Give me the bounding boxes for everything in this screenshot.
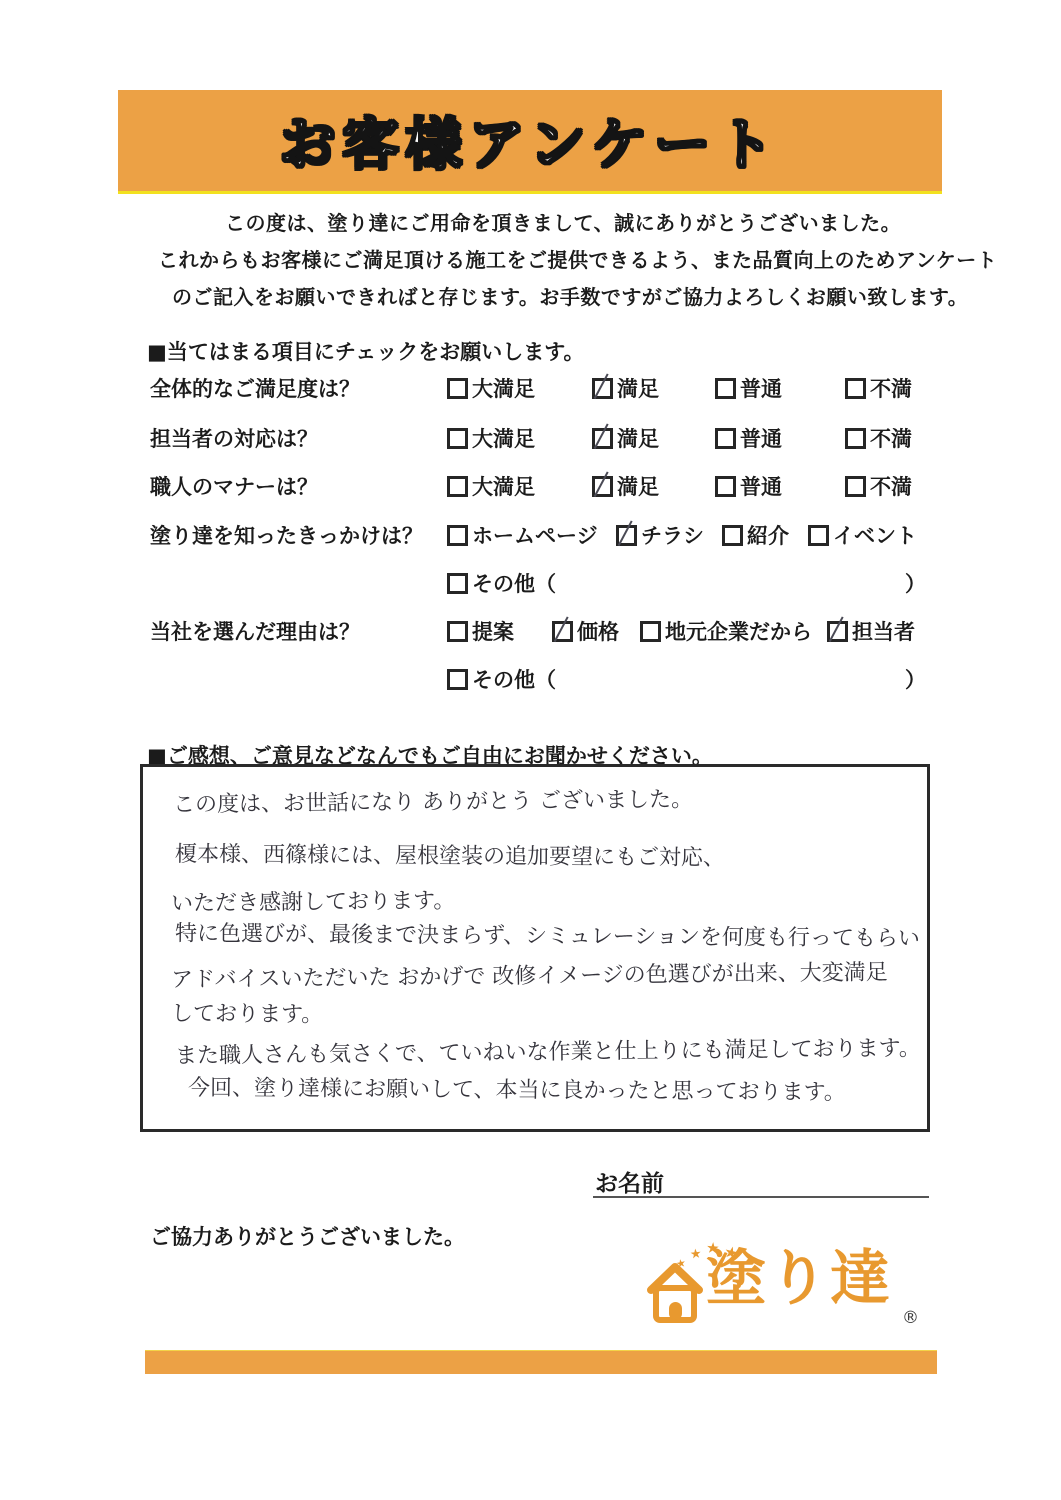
option-label: ホームページ	[472, 520, 598, 550]
option-label: 大満足	[472, 471, 535, 501]
checkbox[interactable]	[715, 378, 736, 399]
handwritten-line: いただき感謝しております。	[171, 884, 456, 918]
intro-line-3: のご記入をお願いできればと存じます。お手数ですがご協力よろしくお願い致します。	[172, 281, 968, 310]
option-label: 不満	[870, 423, 912, 453]
option: 満足	[592, 373, 659, 403]
checkbox-checked[interactable]	[592, 428, 613, 449]
checkbox[interactable]	[808, 525, 829, 546]
checkbox[interactable]	[447, 378, 468, 399]
checkbox-checked[interactable]	[827, 621, 848, 642]
name-input-line[interactable]	[593, 1196, 929, 1198]
question-label: 当社を選んだ理由は？	[150, 616, 360, 646]
page-title: お客様アンケート	[280, 101, 781, 181]
checkbox[interactable]	[715, 476, 736, 497]
option-label: その他（	[472, 664, 556, 694]
option: 提案	[447, 616, 514, 646]
option-label: 普通	[740, 423, 782, 453]
question-row-overall-satisfaction: 全体的なご満足度は？ 大満足 満足 普通 不満	[0, 373, 1061, 407]
option-label: 大満足	[472, 423, 535, 453]
option: 大満足	[447, 423, 535, 453]
option: 満足	[592, 423, 659, 453]
option-label: 普通	[740, 471, 782, 501]
checkbox[interactable]	[715, 428, 736, 449]
checkbox[interactable]	[447, 573, 468, 594]
option-label: 価格	[577, 616, 619, 646]
thanks-text: ご協力ありがとうございました。	[150, 1221, 465, 1251]
checkbox[interactable]	[447, 525, 468, 546]
footer-bar	[145, 1350, 937, 1374]
logo-text: 塗り達	[706, 1246, 892, 1312]
other-close-paren: ）	[905, 568, 926, 598]
checkbox[interactable]	[845, 378, 866, 399]
question-row-how-found-us: 塗り達を知ったきっかけは？ ホームページ チラシ 紹介 イベント	[0, 520, 1061, 554]
option-other: その他（	[447, 664, 556, 694]
option-label: 紹介	[747, 520, 789, 550]
option: 不満	[845, 373, 912, 403]
checkbox[interactable]	[447, 428, 468, 449]
option-label: 普通	[740, 373, 782, 403]
intro-line-2: これからもお客様にご満足頂ける施工をご提供できるよう、また品質向上のためアンケー…	[158, 244, 997, 273]
option: 担当者	[827, 616, 915, 646]
option: 大満足	[447, 471, 535, 501]
option: ホームページ	[447, 520, 598, 550]
checkbox[interactable]	[447, 621, 468, 642]
option: 大満足	[447, 373, 535, 403]
option-label: イベント	[833, 520, 917, 550]
question-label: 塗り達を知ったきっかけは？	[150, 520, 423, 550]
option: 普通	[715, 373, 782, 403]
option-label: 不満	[870, 373, 912, 403]
checkbox[interactable]	[447, 669, 468, 690]
checkbox-checked[interactable]	[592, 378, 613, 399]
option-other: その他（	[447, 568, 556, 598]
option-label: 不満	[870, 471, 912, 501]
option: 普通	[715, 471, 782, 501]
option-label: 大満足	[472, 373, 535, 403]
handwritten-line: この度は、お世話になり ありがとう ございました。	[173, 782, 693, 818]
checkbox-checked[interactable]	[592, 476, 613, 497]
option: 紹介	[722, 520, 789, 550]
checkbox[interactable]	[640, 621, 661, 642]
checkbox-checked[interactable]	[616, 525, 637, 546]
option-label: 満足	[617, 373, 659, 403]
question-label: 担当者の対応は？	[150, 423, 318, 453]
survey-document-page: お客様アンケート この度は、塗り達にご用命を頂きまして、誠にありがとうございまし…	[0, 0, 1061, 1500]
question-row-staff-response: 担当者の対応は？ 大満足 満足 普通 不満	[0, 423, 1061, 457]
handwritten-line: 今回、塗り達様にお願いして、本当に良かったと思っております。	[188, 1071, 846, 1107]
handwritten-line: 榎本様、西篠様には、屋根塗装の追加要望にもご対応、	[175, 837, 725, 872]
handwritten-line: 特に色選びが、最後まで決まらず、シミュレーションを何度も行ってもらい	[175, 916, 920, 952]
header-banner: お客様アンケート	[118, 90, 942, 194]
checkbox-checked[interactable]	[552, 621, 573, 642]
checkbox[interactable]	[845, 428, 866, 449]
house-icon	[644, 1258, 706, 1326]
option-label: チラシ	[641, 520, 704, 550]
checkbox[interactable]	[447, 476, 468, 497]
option: イベント	[808, 520, 917, 550]
option-label: 提案	[472, 616, 514, 646]
question-label: 全体的なご満足度は？	[150, 373, 360, 403]
option-label: 地元企業だから	[665, 616, 812, 646]
company-logo: ★ ★ ★ ★ 塗り達 ®	[640, 1236, 930, 1338]
option: 価格	[552, 616, 619, 646]
option: チラシ	[616, 520, 704, 550]
other-close-paren: ）	[905, 664, 926, 694]
question-row-how-found-us-other: その他（ ）	[0, 568, 1061, 602]
option: 不満	[845, 471, 912, 501]
comments-box[interactable]: この度は、お世話になり ありがとう ございました。 榎本様、西篠様には、屋根塗装…	[140, 764, 930, 1132]
checkbox[interactable]	[722, 525, 743, 546]
option: 地元企業だから	[640, 616, 812, 646]
option-label: その他（	[472, 568, 556, 598]
option-label: 満足	[617, 423, 659, 453]
question-row-craftsman-manner: 職人のマナーは？ 大満足 満足 普通 不満	[0, 471, 1061, 505]
checkbox[interactable]	[845, 476, 866, 497]
option-label: 担当者	[852, 616, 915, 646]
name-field-label: お名前	[595, 1165, 664, 1198]
option: 不満	[845, 423, 912, 453]
registered-mark: ®	[902, 1308, 919, 1328]
handwritten-line: しております。	[171, 996, 323, 1028]
question-row-reason-chosen-other: その他（ ）	[0, 664, 1061, 698]
question-row-reason-chosen: 当社を選んだ理由は？ 提案 価格 地元企業だから 担当者	[0, 616, 1061, 650]
option: 普通	[715, 423, 782, 453]
checklist-section-heading: ■当てはまる項目にチェックをお願いします。	[147, 336, 585, 366]
handwritten-line: アドバイスいただいた おかげで 改修イメージの色選びが出来、大変満足	[171, 955, 888, 994]
handwritten-line: また職人さんも気さくで、ていねいな作業と仕上りにも満足しております。	[175, 1031, 921, 1070]
question-label: 職人のマナーは？	[150, 471, 318, 501]
option: 満足	[592, 471, 659, 501]
intro-line-1: この度は、塗り達にご用命を頂きまして、誠にありがとうございました。	[225, 207, 901, 236]
option-label: 満足	[617, 471, 659, 501]
